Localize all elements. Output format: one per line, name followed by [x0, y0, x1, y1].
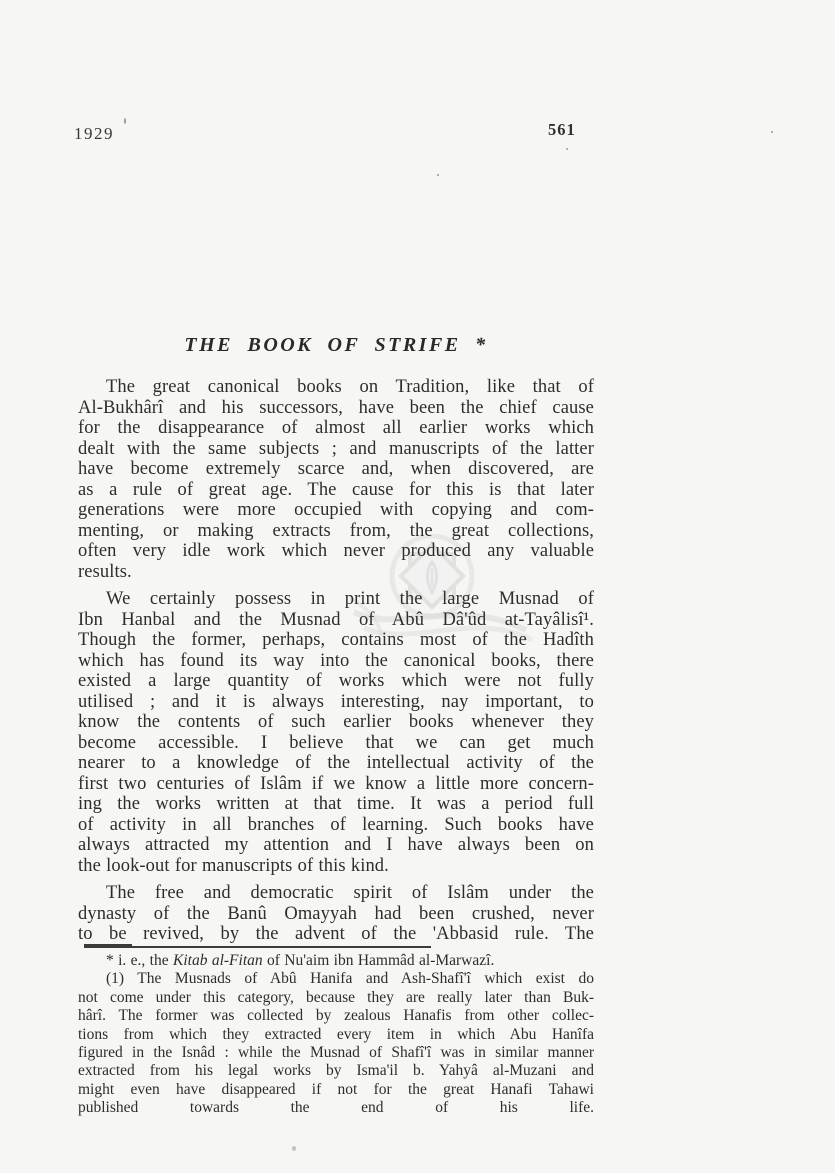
- footnote-text-line: not come under this category, because th…: [78, 989, 594, 1007]
- article-title: THE BOOK OF STRIFE *: [78, 334, 594, 357]
- body-text-line: Though the former, perhaps, contains mos…: [78, 630, 594, 651]
- body-text-line: as a rule of great age. The cause for th…: [78, 480, 594, 501]
- body-text-line: which has found its way into the canonic…: [78, 651, 594, 672]
- paragraph: We certainly possess in print the large …: [78, 589, 594, 876]
- body-text-line: Al-Bukhârî and his successors, have been…: [78, 398, 594, 419]
- footnote-text-line: tions from which they extracted every it…: [78, 1026, 594, 1044]
- body-text-line: always attracted my attention and I have…: [78, 835, 594, 856]
- body-text-line: We certainly possess in print the large …: [78, 589, 594, 610]
- body-text-line: results.: [78, 562, 594, 583]
- body-text-line: The great canonical books on Tradition, …: [78, 377, 594, 398]
- body-text-line: of activity in all branches of learning.…: [78, 815, 594, 836]
- scanned-paper-page: 1929 561 THE BOOK OF STRIFE * The great …: [0, 0, 835, 1173]
- body-text-line: existed a large quantity of works which …: [78, 671, 594, 692]
- body-text-line: generations were more occupied with copy…: [78, 500, 594, 521]
- footnote-text-line: extracted from his legal works by Isma'i…: [78, 1062, 594, 1080]
- body-text-line: ing the works written at that time. It w…: [78, 794, 594, 815]
- body-text-line: the look-out for manuscripts of this kin…: [78, 856, 594, 877]
- body-text-line: utilised ; and it is always interesting,…: [78, 692, 594, 713]
- article-column: THE BOOK OF STRIFE * The great canonical…: [78, 334, 594, 945]
- footnote-separator-rule: [84, 946, 431, 948]
- body-text-line: nearer to a knowledge of the intellectua…: [78, 753, 594, 774]
- scan-speck: [771, 131, 773, 133]
- footnote-star-line: * i. e., the Kitab al-Fitan of Nu'aim ib…: [78, 952, 594, 970]
- footnotes-block: * i. e., the Kitab al-Fitan of Nu'aim ib…: [78, 952, 594, 1118]
- footnote-text-line: figured in the Isnâd : while the Musnad …: [78, 1044, 594, 1062]
- body-text-line: become accessible. I believe that we can…: [78, 733, 594, 754]
- footnote-1-lines: (1) The Musnads of Abû Hanifa and Ash-Sh…: [78, 970, 594, 1117]
- body-text-line: know the contents of such earlier books …: [78, 712, 594, 733]
- year-label: 1929: [74, 124, 114, 144]
- footnote-star-work-title: Kitab al-Fitan: [173, 952, 263, 969]
- footnote-star-prefix: * i. e., the: [106, 952, 173, 969]
- body-text-line: to be revived, by the advent of the 'Abb…: [78, 924, 594, 945]
- scan-speck: [292, 1146, 296, 1151]
- scan-speck: [437, 174, 439, 176]
- body-paragraphs: The great canonical books on Tradition, …: [78, 377, 594, 945]
- page-number: 561: [548, 120, 576, 140]
- footnote-star-suffix: of Nu'aim ibn Hammâd al-Marwazî.: [263, 952, 495, 969]
- footnote-text-line: hârî. The former was collected by zealou…: [78, 1007, 594, 1025]
- paragraph: The free and democratic spirit of Islâm …: [78, 883, 594, 945]
- body-text-line: for the disappearance of almost all earl…: [78, 418, 594, 439]
- body-text-line: dynasty of the Banû Omayyah had been cru…: [78, 904, 594, 925]
- scan-speck: [124, 118, 126, 124]
- body-text-line: menting, or making extracts from, the gr…: [78, 521, 594, 542]
- paragraph: The great canonical books on Tradition, …: [78, 377, 594, 582]
- footnote-text-line: published towards the end of his life.: [78, 1099, 594, 1117]
- body-text-line: first two centuries of Islâm if we know …: [78, 774, 594, 795]
- footnote-text-line: might even have disappeared if not for t…: [78, 1081, 594, 1099]
- body-text-line: Ibn Hanbal and the Musnad of Abû Dâ'ûd a…: [78, 610, 594, 631]
- body-text-line: often very idle work which never produce…: [78, 541, 594, 562]
- body-text-line: The free and democratic spirit of Islâm …: [78, 883, 594, 904]
- footnote-text-line: (1) The Musnads of Abû Hanifa and Ash-Sh…: [78, 970, 594, 988]
- body-text-line: have become extremely scarce and, when d…: [78, 459, 594, 480]
- scan-speck: [566, 148, 568, 150]
- body-text-line: dealt with the same subjects ; and manus…: [78, 439, 594, 460]
